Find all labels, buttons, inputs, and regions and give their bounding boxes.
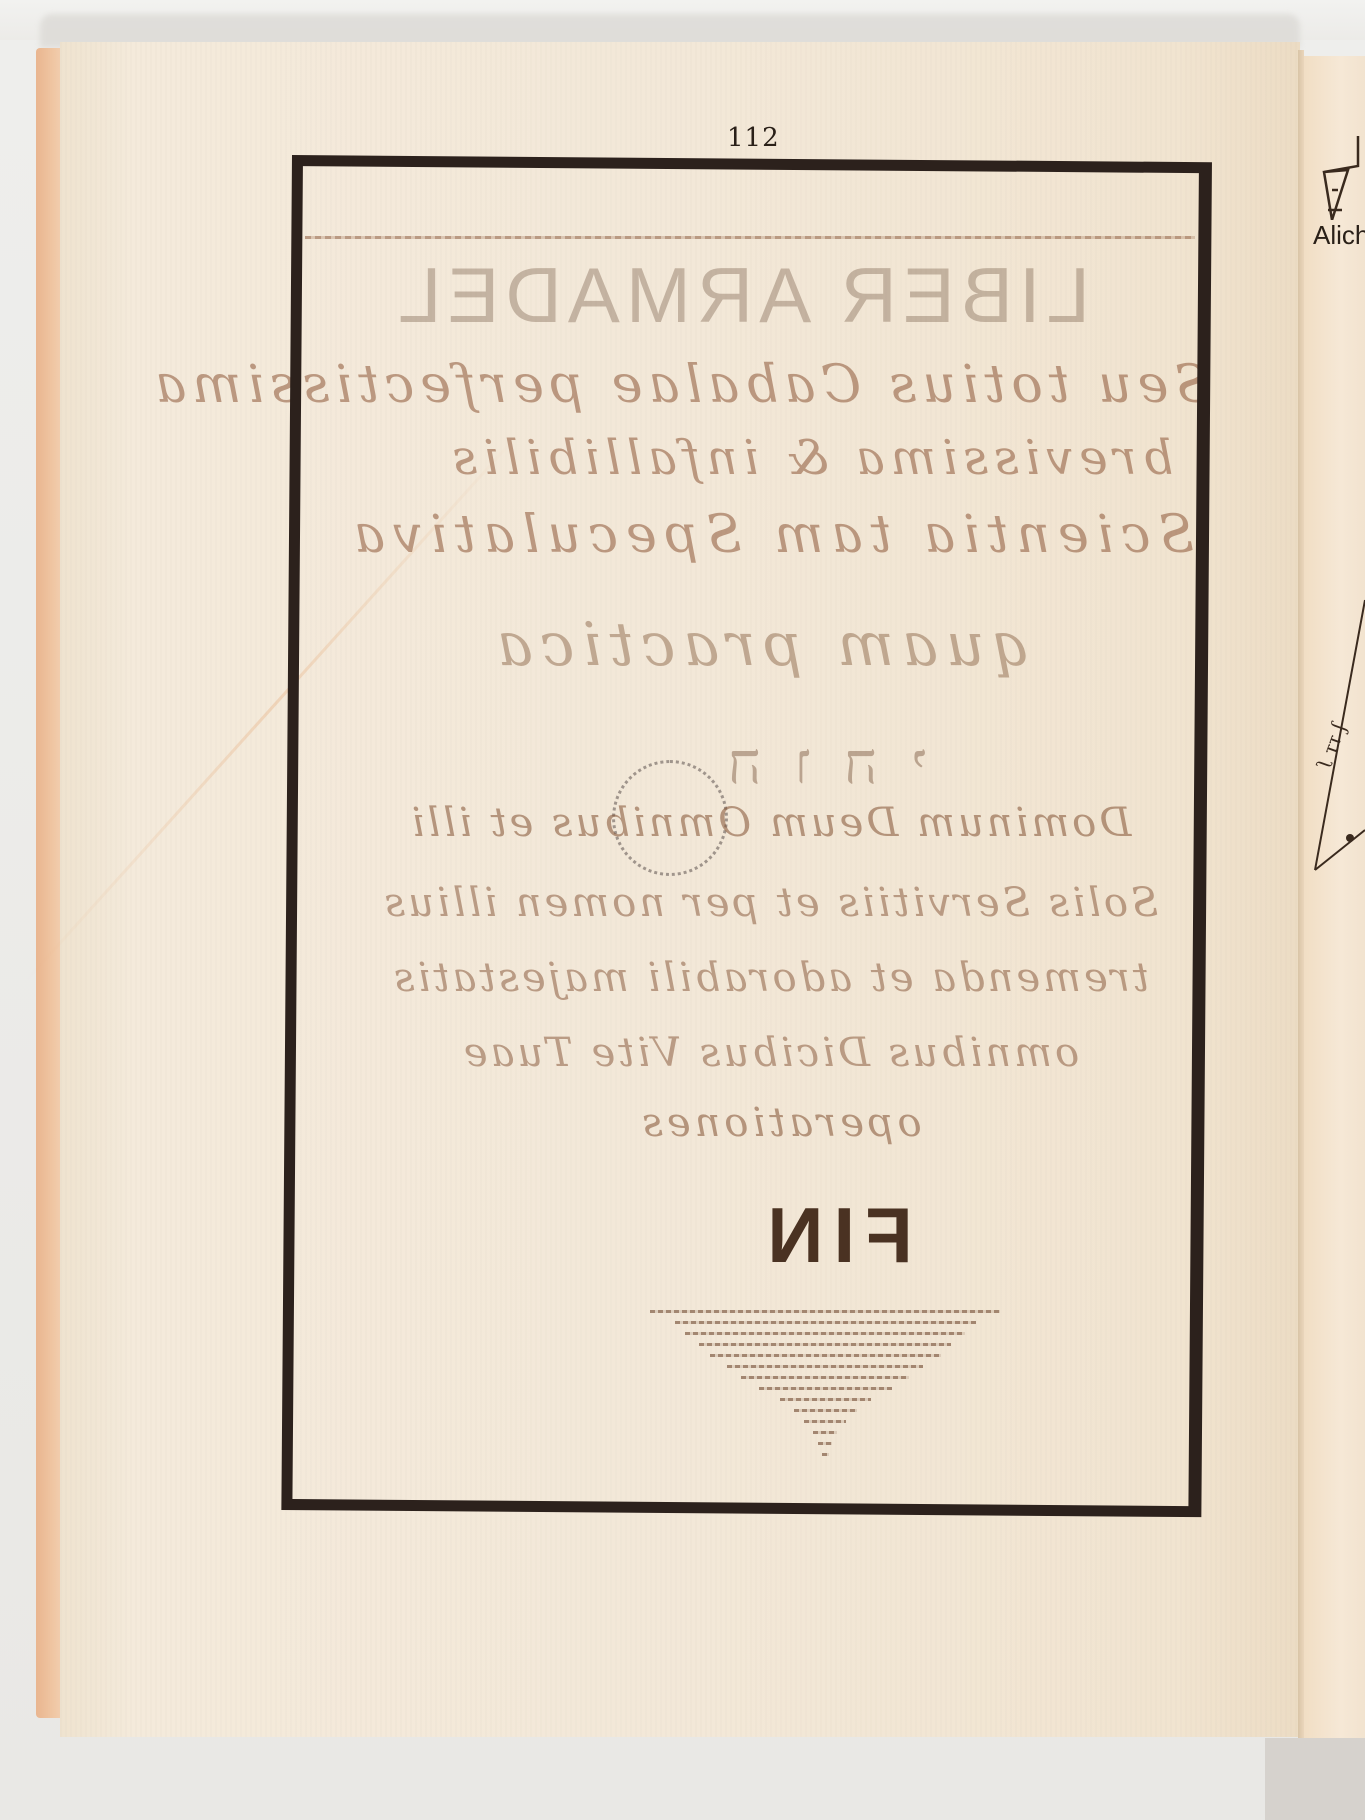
page-number: 112	[727, 123, 780, 153]
adjacent-page-diagram-icon: ʅ ⲧⲧ ʃ	[1310, 540, 1365, 880]
adjacent-page	[1304, 56, 1365, 1738]
adjacent-page-shadow	[1265, 1738, 1365, 1820]
page-border-frame	[281, 155, 1212, 1517]
svg-text:ʅ ⲧⲧ ʃ: ʅ ⲧⲧ ʃ	[1311, 718, 1351, 772]
adjacent-page-drawing-icon	[1318, 130, 1365, 220]
adjacent-page-label: Alich	[1313, 220, 1365, 251]
